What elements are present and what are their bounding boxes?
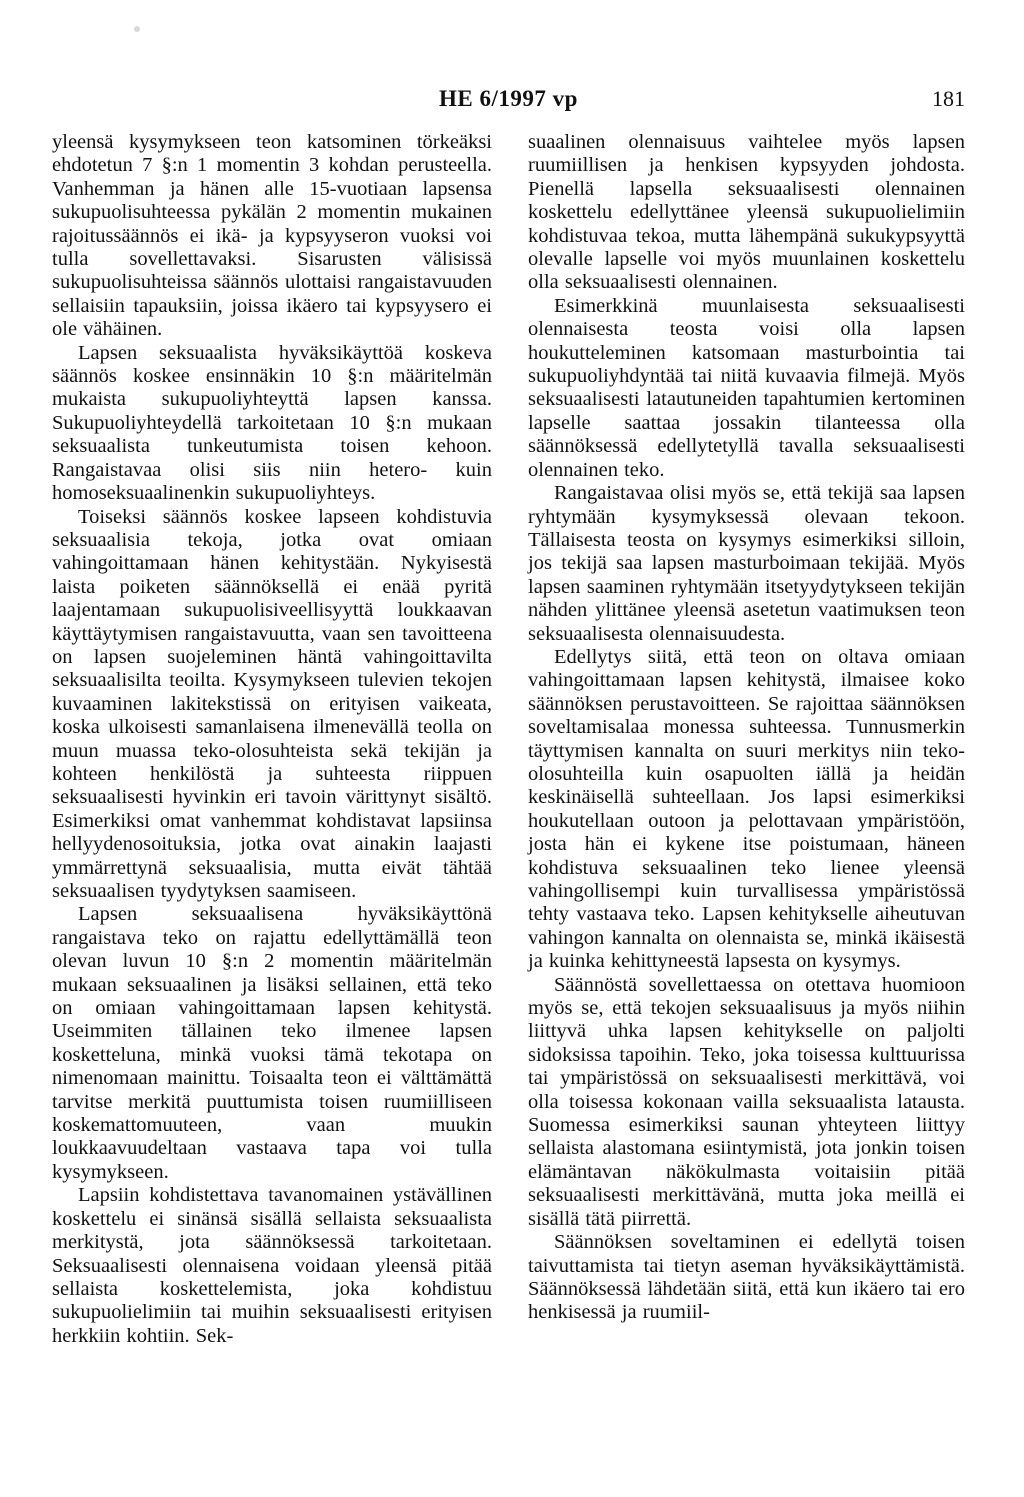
document-id: HE 6/1997 vp: [52, 86, 965, 112]
paragraph: Esimerkkinä muunlaisesta seksuaalisesti …: [528, 295, 965, 482]
left-column: yleensä kysymykseen teon katsominen törk…: [52, 131, 492, 1348]
paragraph: Lapsen seksuaalisena hyväksikäyttönä ran…: [52, 903, 492, 1184]
document-page: HE 6/1997 vp 181 yleensä kysymykseen teo…: [0, 0, 1024, 1497]
paragraph: yleensä kysymykseen teon katsominen törk…: [52, 131, 492, 342]
page-header: HE 6/1997 vp 181: [52, 86, 965, 116]
paragraph: suaalinen olennaisuus vaihtelee myös lap…: [528, 131, 965, 295]
paragraph: Lapsiin kohdistettava tavanomainen ystäv…: [52, 1184, 492, 1348]
paragraph: Rangaistavaa olisi myös se, että tekijä …: [528, 482, 965, 646]
paragraph: Säännöksen soveltaminen ei edellytä tois…: [528, 1231, 965, 1325]
paragraph: Toiseksi säännös koskee lapseen kohdistu…: [52, 506, 492, 904]
page-body: yleensä kysymykseen teon katsominen törk…: [52, 131, 965, 1348]
paragraph: Säännöstä sovellettaessa on otettava huo…: [528, 974, 965, 1231]
paragraph: Lapsen seksuaalista hyväksikäyttöä koske…: [52, 342, 492, 506]
scan-speck: [134, 26, 140, 32]
right-column: suaalinen olennaisuus vaihtelee myös lap…: [528, 131, 965, 1348]
paragraph: Edellytys siitä, että teon on oltava omi…: [528, 646, 965, 974]
page-number: 181: [932, 86, 965, 112]
